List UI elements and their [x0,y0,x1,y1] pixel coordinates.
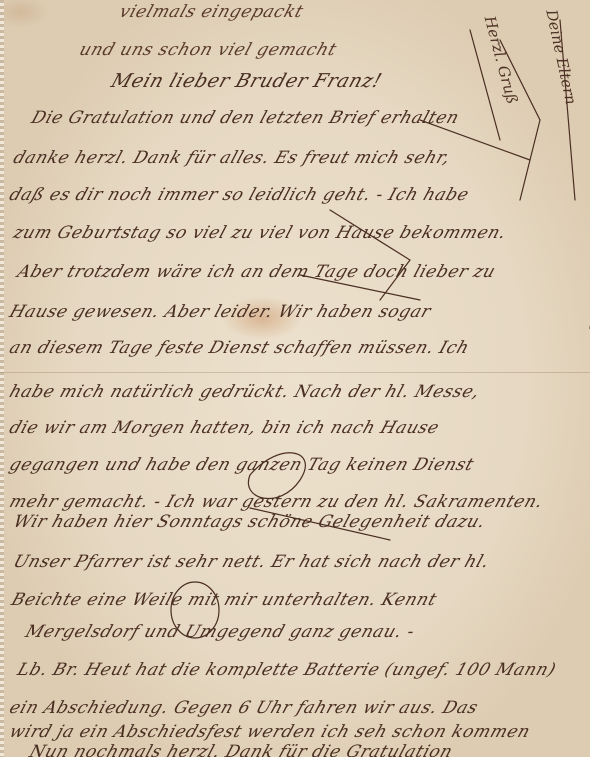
letter-body-line: Lb. Br. Heut hat die komplette Batterie … [15,660,559,680]
perforated-left-edge [0,0,4,757]
letter-page: vielmals eingepackt und uns schon viel g… [0,0,590,757]
margin-note: Herzl. Gruß [481,14,522,106]
letter-body-line: Nun nochmals herzl. Dank für die Gratula… [27,742,456,757]
letter-body-line: habe mich natürlich gedrückt. Nach der h… [7,382,483,402]
letter-body-line: zum Geburtstag so viel zu viel von Hause… [11,223,509,243]
margin-note: Deine Eltern [542,8,580,106]
letter-body-line: Aber trotzdem wäre ich an dem Tage doch … [15,262,498,282]
letter-body-line: ein Abschiedung. Gegen 6 Uhr fahren wir … [7,698,481,718]
letter-body-line: Unser Pfarrer ist sehr nett. Er hat sich… [11,552,492,572]
letter-body-line: mehr gemacht. - Ich war gestern zu den h… [7,492,546,512]
letter-body-line: Mergelsdorf und Umgegend ganz genau. - [23,622,418,642]
letter-body-line: die wir am Morgen hatten, bin ich nach H… [7,418,442,438]
letter-top-line: vielmals eingepackt [117,2,306,22]
letter-body-line: wird ja ein Abschiedsfest werden ich seh… [7,722,533,742]
letter-body-line: an diesem Tage feste Dienst schaffen müs… [7,338,472,358]
letter-body-line: daß es dir noch immer so leidlich geht. … [7,185,472,205]
letter-greeting: Mein lieber Bruder Franz! [108,70,384,92]
letter-body-line: Wir haben hier Sonntags schöne Gelegenhe… [11,512,488,532]
letter-body-line: Die Gratulation und den letzten Brief er… [29,108,462,128]
letter-body-line: Beichte eine Weile mit mir unterhalten. … [9,590,440,610]
letter-top-line: und uns schon viel gemacht [77,40,340,60]
paper-fold-line [0,372,590,373]
margin-note: Dein Bruder [586,238,590,333]
letter-body-line: gegangen und habe den ganzen Tag keinen … [7,455,477,475]
letter-body-line: danke herzl. Dank für alles. Es freut mi… [11,148,453,168]
letter-body-line: Hause gewesen. Aber leider. Wir haben so… [7,302,434,322]
